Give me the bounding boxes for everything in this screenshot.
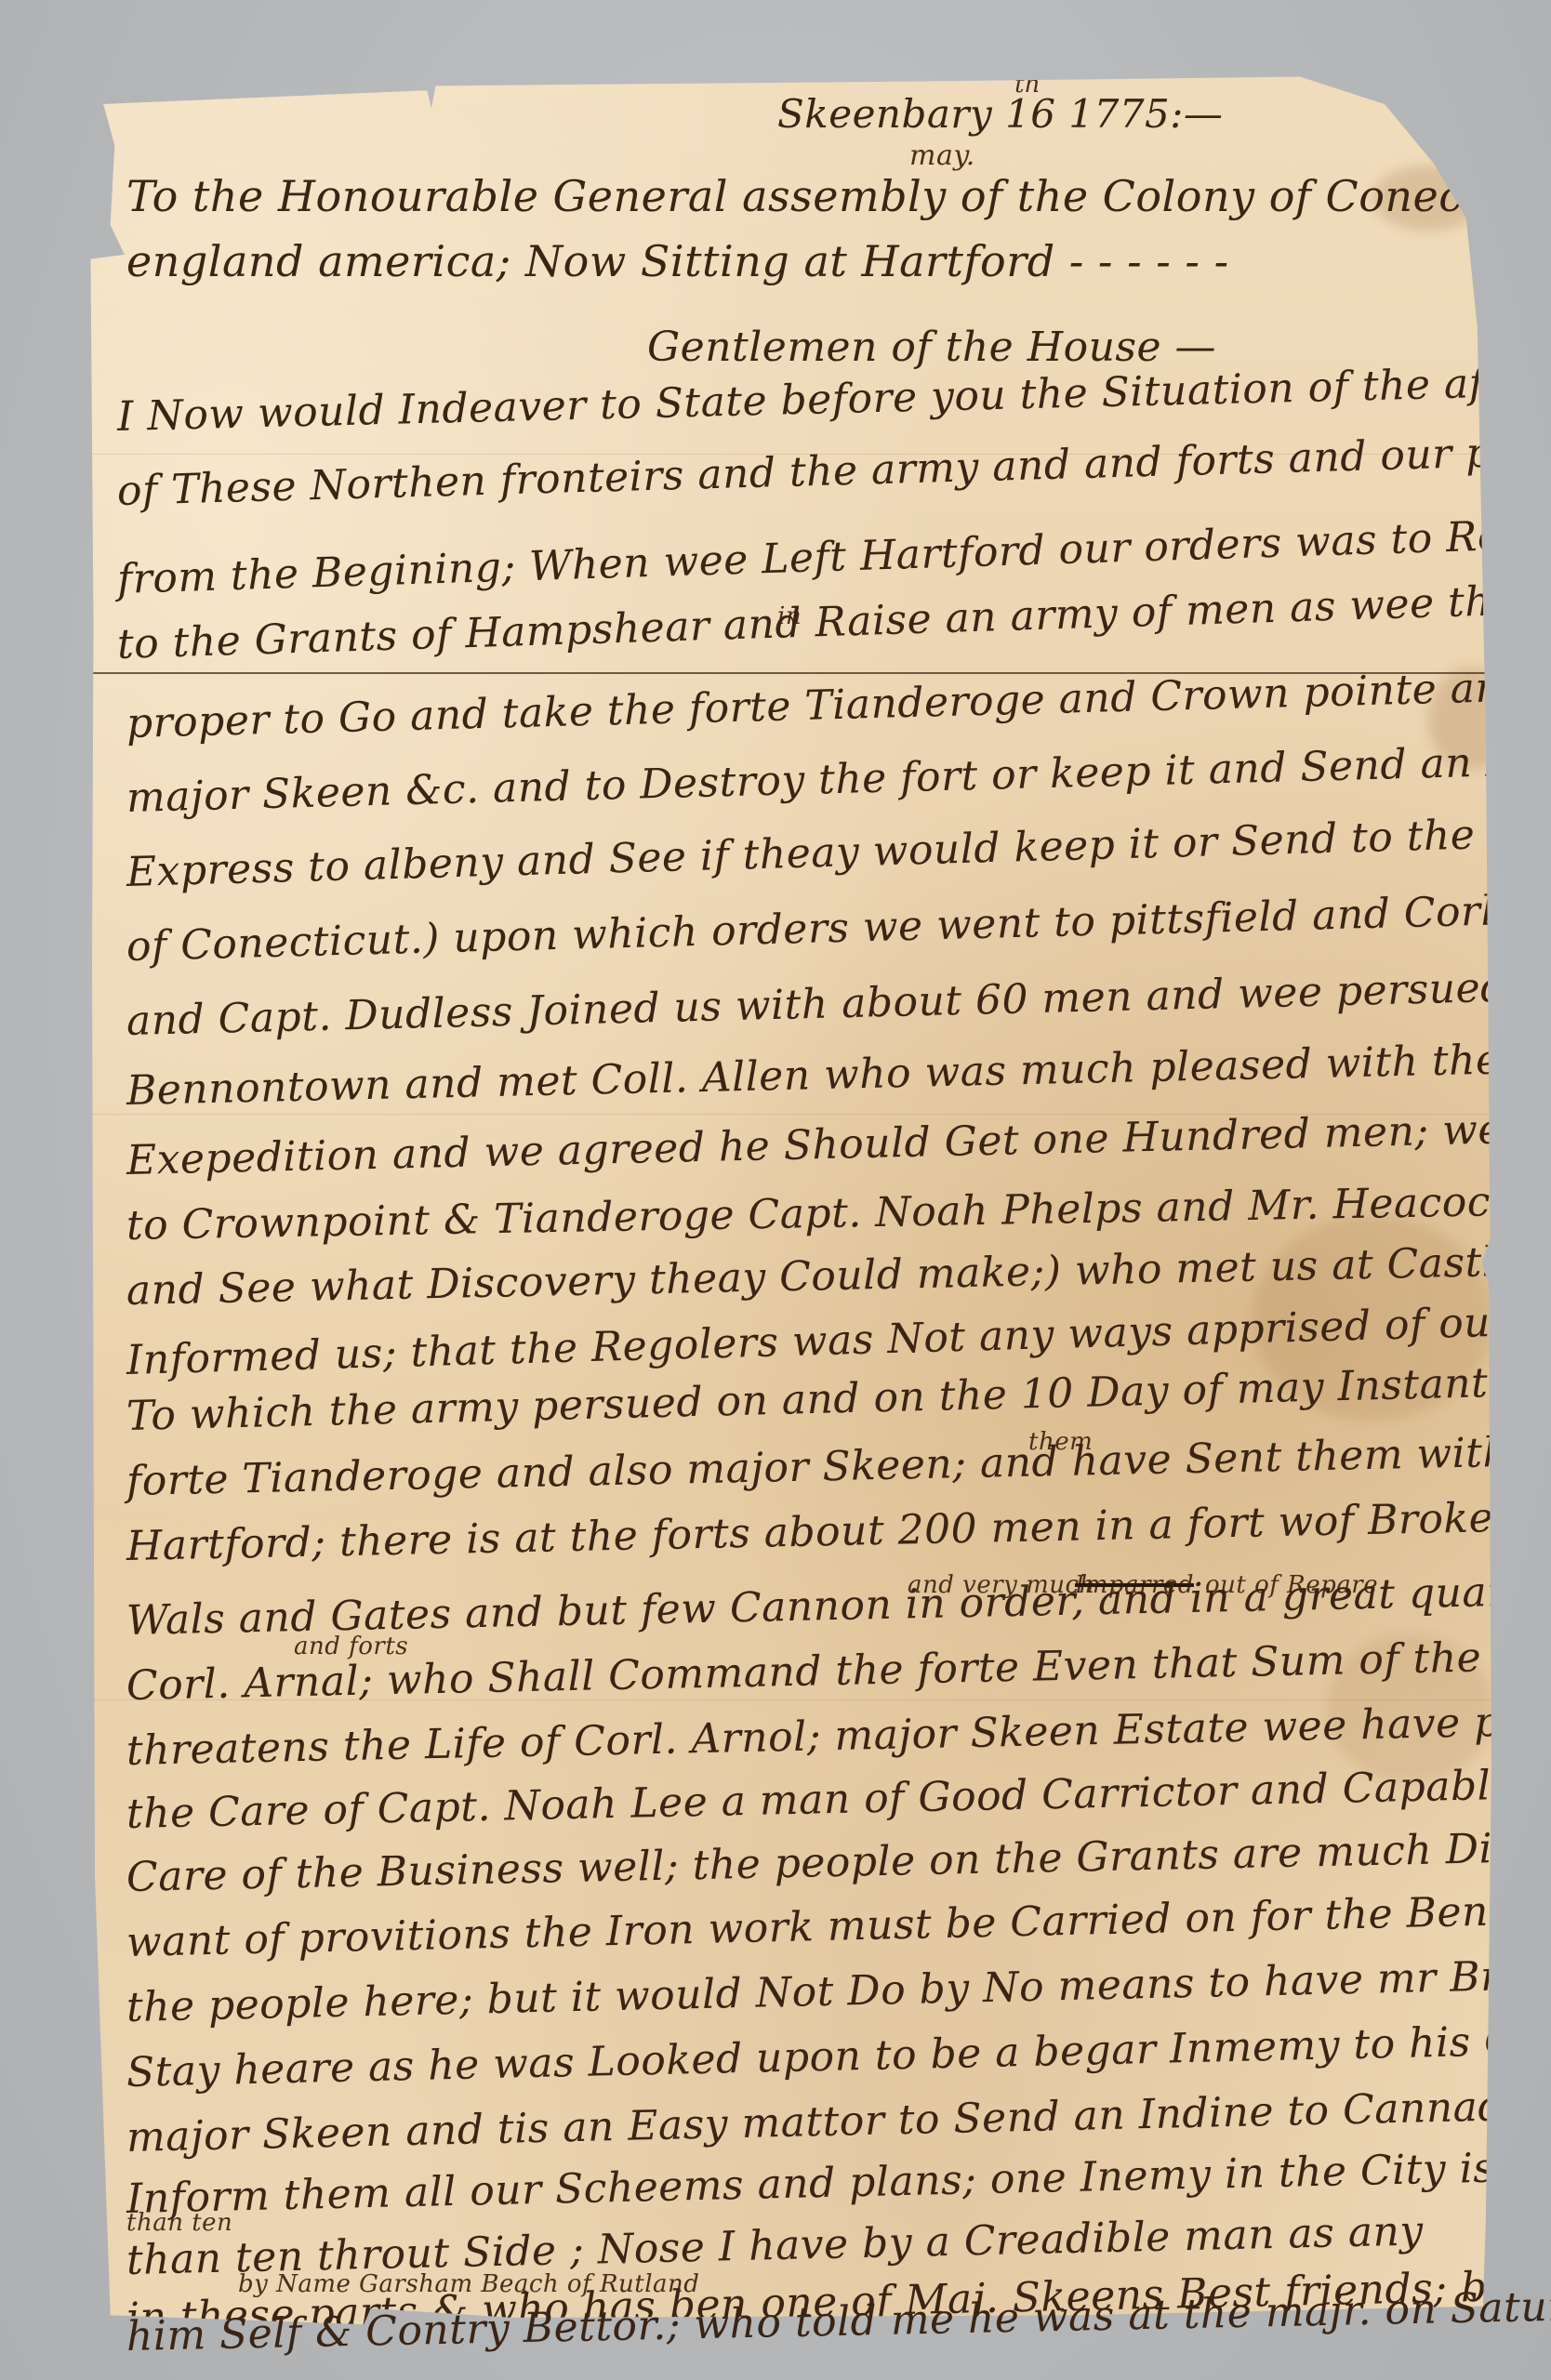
body-line: the people here; but it would Not Do by … [126,1951,1551,2031]
body-line: Exepedition and we agreed he Should Get … [126,1099,1551,1184]
body-line: want of provitions the Iron work must be… [126,1885,1551,1966]
interlineation: than ten [126,2209,232,2237]
body-line: Bennontown and met Coll. Allen who was m… [126,1032,1551,1115]
place-date: Skeenbary th 16 1775:— [777,91,1223,137]
body-line: Express to albeny and See if theay would… [126,807,1551,896]
month: may. [909,139,975,172]
body-line: and Capt. Dudless Joined us with about 6… [126,962,1551,1045]
manuscript-page: Skeenbary th 16 1775:— may. To the Honou… [89,54,1497,2334]
body-line: major Skeen &c. and to Destroy the fort … [126,734,1551,822]
body-line: threatens the Life of Corl. Arnol; major… [126,1696,1551,1775]
body-line: proper to Go and take the forte Tiandero… [126,664,1529,747]
address-line: england america; Now Sitting at Hartford… [126,236,1229,286]
body-line: of These Northen fronteirs and the army … [116,423,1551,515]
salutation: Gentlemen of the House — [647,324,1216,371]
place: Skeenbary [777,91,992,137]
body-line: Hartford; there is at the forts about 20… [126,1492,1551,1570]
date-dash: :— [1170,91,1223,137]
year: 1775 [1068,91,1170,137]
body-line: of Conecticut.) upon which orders we wen… [126,883,1551,971]
address-line: To the Honourable General assembly of th… [126,171,1551,221]
